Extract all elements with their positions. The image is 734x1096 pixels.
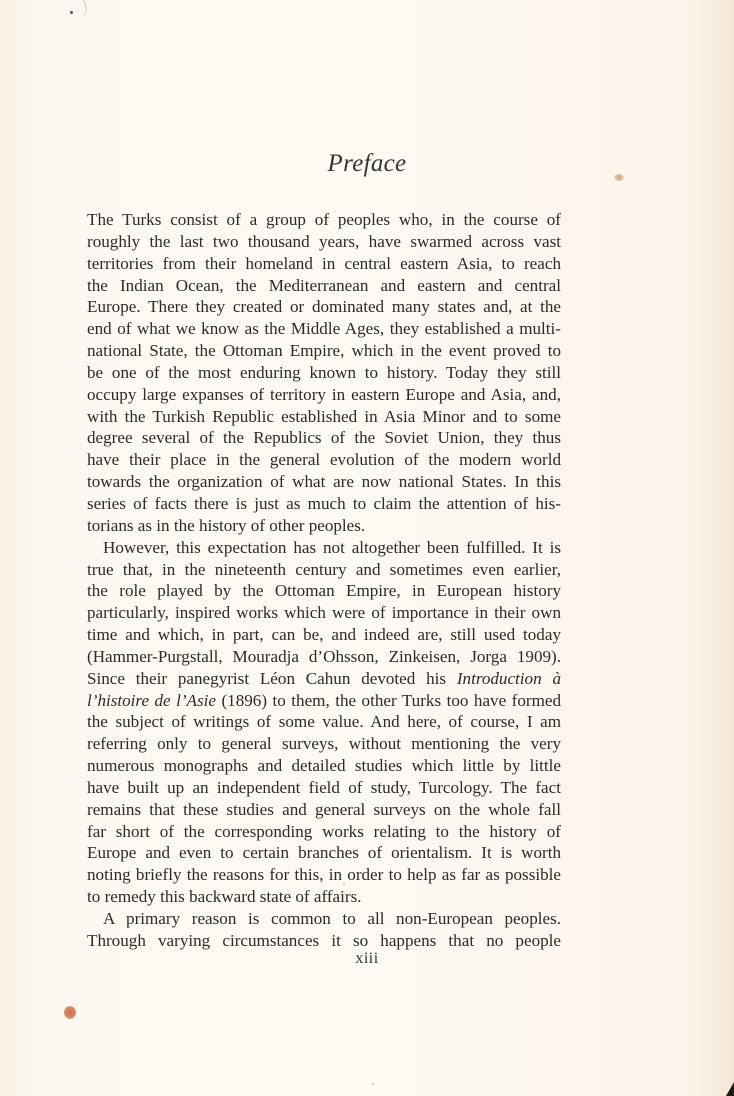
text-line: time and which, in part, can be, and ind… bbox=[87, 624, 561, 646]
text-line: far short of the corresponding works rel… bbox=[87, 821, 561, 843]
text-line: towards the organization of what are now… bbox=[87, 471, 561, 493]
text-line: degree several of the Republics of the S… bbox=[87, 427, 561, 449]
body-text: The Turks consist of a group of peoples … bbox=[87, 209, 561, 952]
paper-stain bbox=[64, 1006, 76, 1019]
text-line: with the Turkish Republic established in… bbox=[87, 406, 561, 428]
ink-speck bbox=[70, 11, 73, 14]
text-line: l’histoire de l’Asie (1896) to them, the… bbox=[87, 690, 561, 712]
text-line: the Indian Ocean, the Mediterranean and … bbox=[87, 275, 561, 297]
text-line: territories from their homeland in centr… bbox=[87, 253, 561, 275]
text-line: The Turks consist of a group of peoples … bbox=[87, 209, 561, 231]
text-line: national State, the Ottoman Empire, whic… bbox=[87, 340, 561, 362]
text-line: to remedy this backward state of affairs… bbox=[87, 886, 561, 908]
text-line: series of facts there is just as much to… bbox=[87, 493, 561, 515]
text-line: Since their panegyrist Léon Cahun devote… bbox=[87, 668, 561, 690]
text-line: be one of the most enduring known to his… bbox=[87, 362, 561, 384]
text-line: Europe. There they created or dominated … bbox=[87, 296, 561, 318]
text-line: end of what we know as the Middle Ages, … bbox=[87, 318, 561, 340]
text-line: occupy large expanses of territory in ea… bbox=[87, 384, 561, 406]
paragraph: However, this expectation has not altoge… bbox=[87, 537, 561, 908]
text-line: noting briefly the reasons for this, in … bbox=[87, 864, 561, 886]
paragraph: A primary reason is common to all non-Eu… bbox=[87, 908, 561, 952]
paper-speck bbox=[372, 1083, 374, 1085]
text-line: particularly, inspired works which were … bbox=[87, 602, 561, 624]
paragraph: The Turks consist of a group of peoples … bbox=[87, 209, 561, 537]
text-line: Through varying circumstances it so happ… bbox=[87, 930, 561, 952]
text-line: the subject of writings of some value. A… bbox=[87, 711, 561, 733]
text-line: remains that these studies and general s… bbox=[87, 799, 561, 821]
text-line: referring only to general surveys, witho… bbox=[87, 733, 561, 755]
text-line: the role played by the Ottoman Empire, i… bbox=[87, 580, 561, 602]
text-line: (Hammer-Purgstall, Mouradja d’Ohsson, Zi… bbox=[87, 646, 561, 668]
text-line: A primary reason is common to all non-Eu… bbox=[87, 908, 561, 930]
text-line: true that, in the nineteenth century and… bbox=[87, 559, 561, 581]
text-line: numerous monographs and detailed studies… bbox=[87, 755, 561, 777]
book-page: Preface The Turks consist of a group of … bbox=[0, 0, 734, 1096]
text-line: Europe and even to certain branches of o… bbox=[87, 842, 561, 864]
page-number: xiii bbox=[0, 950, 734, 968]
text-line: roughly the last two thousand years, hav… bbox=[87, 231, 561, 253]
text-line: torians as in the history of other peopl… bbox=[87, 515, 561, 537]
text-line: have their place in the general evolutio… bbox=[87, 449, 561, 471]
page-title: Preface bbox=[0, 150, 734, 178]
text-line: have built up an independent field of st… bbox=[87, 777, 561, 799]
page-corner-shadow bbox=[726, 1082, 734, 1096]
paper-crease bbox=[73, 0, 89, 19]
text-line: However, this expectation has not altoge… bbox=[87, 537, 561, 559]
